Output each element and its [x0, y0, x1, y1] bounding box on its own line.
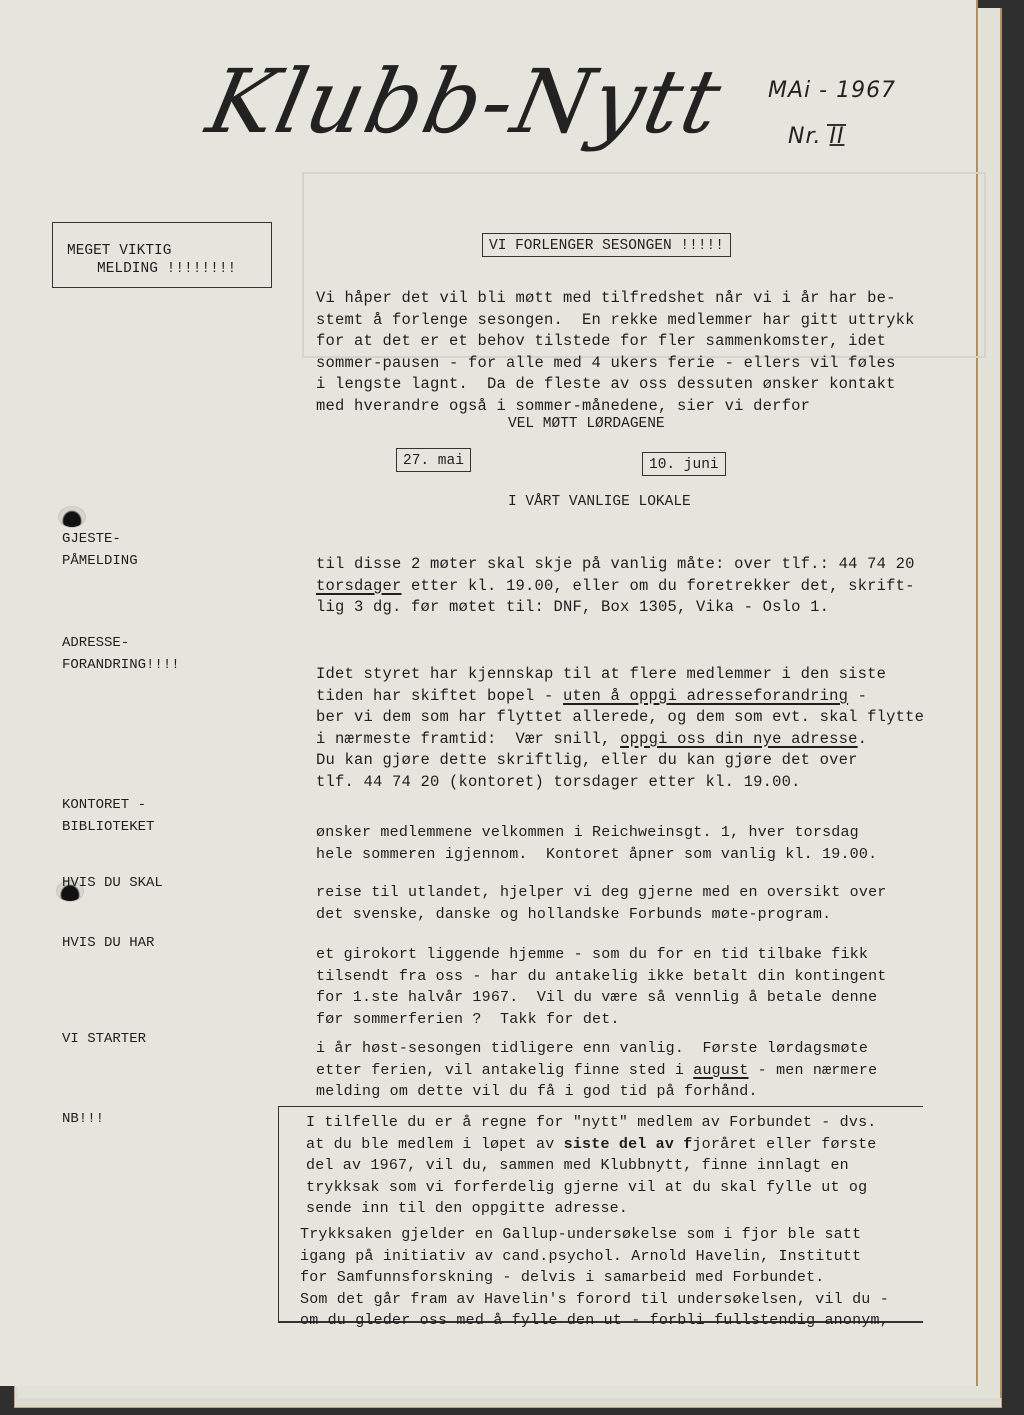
punch-hole: [58, 506, 86, 528]
guest-registration-text: til disse 2 møter skal skje på vanlig må…: [316, 554, 915, 619]
meeting-date-2: 10. juni: [642, 452, 726, 476]
issue-date: MAi - 1967: [768, 78, 896, 103]
meeting-date-1: 27. mai: [396, 448, 471, 472]
venue-heading: I VÅRT VANLIGE LOKALE: [508, 494, 691, 510]
para-line: stemt å forlenge sesongen. En rekke medl…: [316, 311, 915, 329]
address-change-text: Idet styret har kjennskap til at flere m…: [316, 664, 924, 793]
underlined-text: uten å oppgi adresseforandring: [563, 687, 848, 705]
issue-number: Nr. II: [788, 124, 844, 149]
section-label-guest-registration: GJESTE- PÅMELDING: [62, 528, 138, 572]
section-label-address-change: ADRESSE- FORANDRING!!!!: [62, 632, 180, 676]
text-line: I tilfelle du er å regne for "nytt" medl…: [306, 1114, 877, 1131]
newsletter-title: Klubb-Nytt: [199, 50, 731, 153]
season-paragraph: Vi håper det vil bli møtt med tilfredshe…: [316, 288, 915, 417]
section-label-office-library: KONTORET - BIBLIOTEKET: [62, 794, 154, 838]
para-line: for at det er et behov tilstede for fler…: [316, 332, 886, 350]
text-line: ber vi dem som har flyttet allerede, og …: [316, 708, 924, 726]
nb-paragraph-1: I tilfelle du er å regne for "nytt" medl…: [306, 1112, 877, 1220]
para-line: med hverandre også i sommer-månedene, si…: [316, 397, 810, 415]
text-line: lig 3 dg. før møtet til: DNF, Box 1305, …: [316, 598, 829, 616]
section-label-if-travelling: HVIS DU SKAL: [62, 872, 163, 894]
issue-prefix: Nr.: [788, 124, 821, 149]
text-line: tlf. 44 74 20 (kontoret) torsdager etter…: [316, 773, 801, 791]
office-library-text: ønsker medlemmene velkommen i Reichweins…: [316, 822, 877, 865]
newsletter-page: Klubb-Nytt MAi - 1967 Nr. II MEGET VIKTI…: [0, 0, 978, 1386]
section-label-if-you-have: HVIS DU HAR: [62, 932, 154, 954]
text-line: at du ble medlem i løpet av: [306, 1136, 564, 1153]
autumn-season-text: i år høst-sesongen tidligere enn vanlig.…: [316, 1038, 877, 1103]
para-line: i lengste lagnt. Da de fleste av oss des…: [316, 375, 896, 393]
important-notice-box: MEGET VIKTIG MELDING !!!!!!!!: [52, 222, 272, 288]
bold-text: siste del av f: [564, 1136, 693, 1153]
section-label-we-start: VI STARTER: [62, 1028, 146, 1050]
nb-paragraph-2: Trykksaken gjelder en Gallup-undersøkels…: [300, 1224, 889, 1332]
text-line: tiden har skiftet bopel -: [316, 687, 563, 705]
text-line: til disse 2 møter skal skje på vanlig må…: [316, 555, 915, 573]
text-line: i år høst-sesongen tidligere enn vanlig.…: [316, 1040, 868, 1057]
text-line: joråret eller første: [692, 1136, 876, 1153]
text-line: i nærmeste framtid: Vær snill,: [316, 730, 620, 748]
giro-text: et girokort liggende hjemme - som du for…: [316, 944, 887, 1030]
text-line: etter ferien, vil antakelig finne sted i: [316, 1062, 693, 1079]
underlined-august: august: [693, 1062, 748, 1079]
text-line: .: [858, 730, 868, 748]
issue-roman-numeral: II: [829, 124, 844, 149]
season-heading: VI FORLENGER SESONGEN !!!!!: [482, 233, 731, 257]
welcome-heading: VEL MØTT LØRDAGENE: [508, 416, 665, 432]
para-line: sommer-pausen - for alle med 4 ukers fer…: [316, 354, 896, 372]
text-line: - men nærmere: [748, 1062, 877, 1079]
underlined-text: oppgi oss din nye adresse: [620, 730, 858, 748]
text-line: etter kl. 19.00, eller om du foretrekker…: [402, 577, 915, 595]
travel-text: reise til utlandet, hjelper vi deg gjern…: [316, 882, 887, 925]
para-line: Vi håper det vil bli møtt med tilfredshe…: [316, 289, 896, 307]
notice-line-1: MEGET VIKTIG: [67, 242, 171, 261]
underlined-thursdays: torsdager: [316, 577, 402, 595]
text-lines: del av 1967, vil du, sammen med Klubbnyt…: [306, 1157, 867, 1217]
text-line: -: [848, 687, 867, 705]
text-line: melding om dette vil du få i god tid på …: [316, 1083, 758, 1100]
section-label-nb: NB!!!: [62, 1108, 104, 1130]
text-line: Idet styret har kjennskap til at flere m…: [316, 665, 886, 683]
notice-line-2: MELDING !!!!!!!!: [97, 260, 236, 279]
text-line: Du kan gjøre dette skriftlig, eller du k…: [316, 751, 858, 769]
